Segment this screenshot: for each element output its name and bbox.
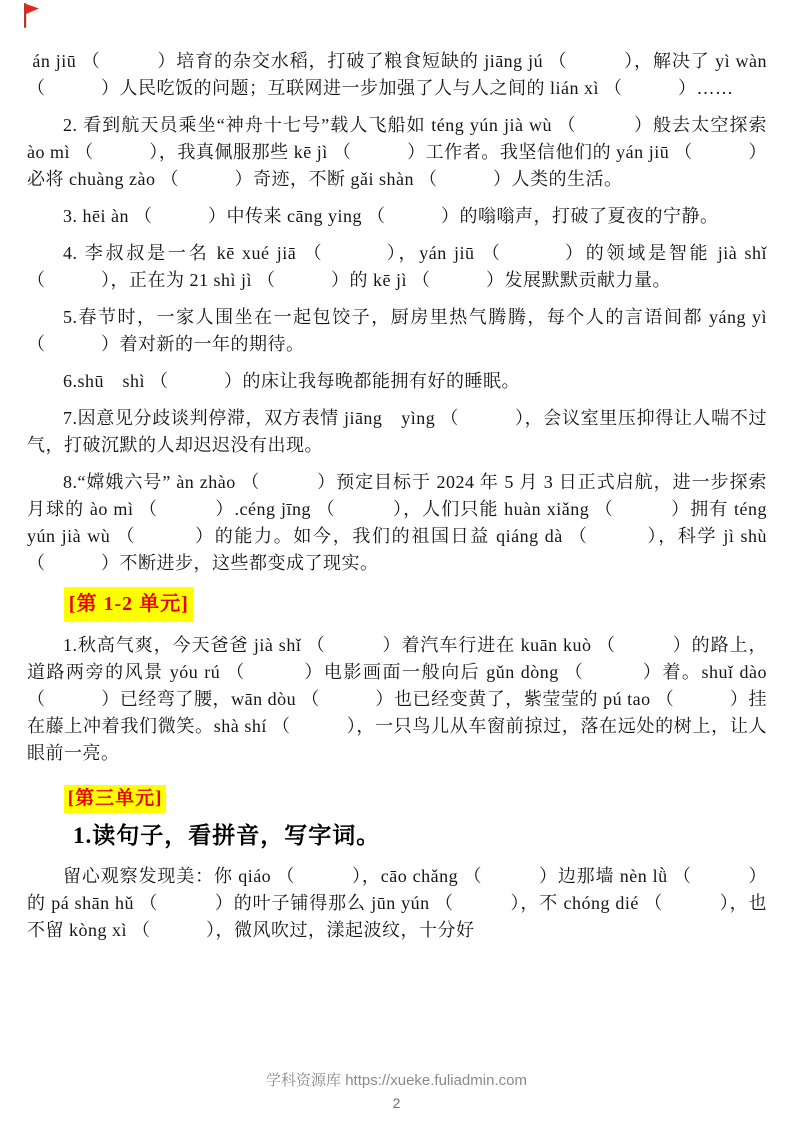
exercise-item-4: 4. 李叔叔是一名 kē xué jiā （ ），yán jiū （ ）的领域是… [27,240,767,294]
exercise-paragraph-continued: án jiū （ ）培育的杂交水稻，打破了粮食短缺的 jiāng jú （ ），… [27,48,767,102]
unit-3-paragraph: 留心观察发现美：你 qiáo （ ），cāo chǎng （ ）边那墙 nèn … [27,863,767,944]
exercise-item-5: 5.春节时，一家人围坐在一起包饺子，厨房里热气腾腾，每个人的言语间都 yáng … [27,304,767,358]
worksheet-page: án jiū （ ）培育的杂交水稻，打破了粮食短缺的 jiāng jú （ ），… [0,0,793,1122]
question-heading: 1.读句子，看拼音，写字词。 [27,821,767,851]
page-number: 2 [0,1095,793,1111]
section-header-unit-1-2: [第 1-2 单元] [27,587,767,622]
section-header-unit-3-label: [第三单元] [64,785,167,813]
exercise-item-2: 2. 看到航天员乘坐“神舟十七号”载人飞船如 téng yún jià wù （… [27,112,767,193]
footer-watermark: 学科资源库 https://xueke.fuliadmin.com [0,1069,793,1090]
section-header-unit-3: [第三单元] [27,785,767,813]
exercise-item-6: 6.shū shì （ ）的床让我每晚都能拥有好的睡眠。 [27,368,767,395]
page-content: án jiū （ ）培育的杂交水稻，打破了粮食短缺的 jiāng jú （ ），… [27,48,767,954]
exercise-item-7: 7.因意见分歧谈判停滞，双方表情 jiāng yìng （ ），会议室里压抑得让… [27,405,767,459]
section-header-unit-1-2-label: [第 1-2 单元] [64,587,194,622]
red-flag-icon [21,2,41,29]
exercise-item-3: 3. hēi àn （ ）中传来 cāng ying （ ）的嗡嗡声，打破了夏夜… [27,203,767,230]
exercise-item-8: 8.“嫦娥六号” àn zhào （ ）预定目标于 2024 年 5 月 3 日… [27,469,767,577]
unit-1-2-item-1: 1.秋高气爽，今天爸爸 jià shǐ （ ）着汽车行进在 kuān kuò （… [27,632,767,767]
